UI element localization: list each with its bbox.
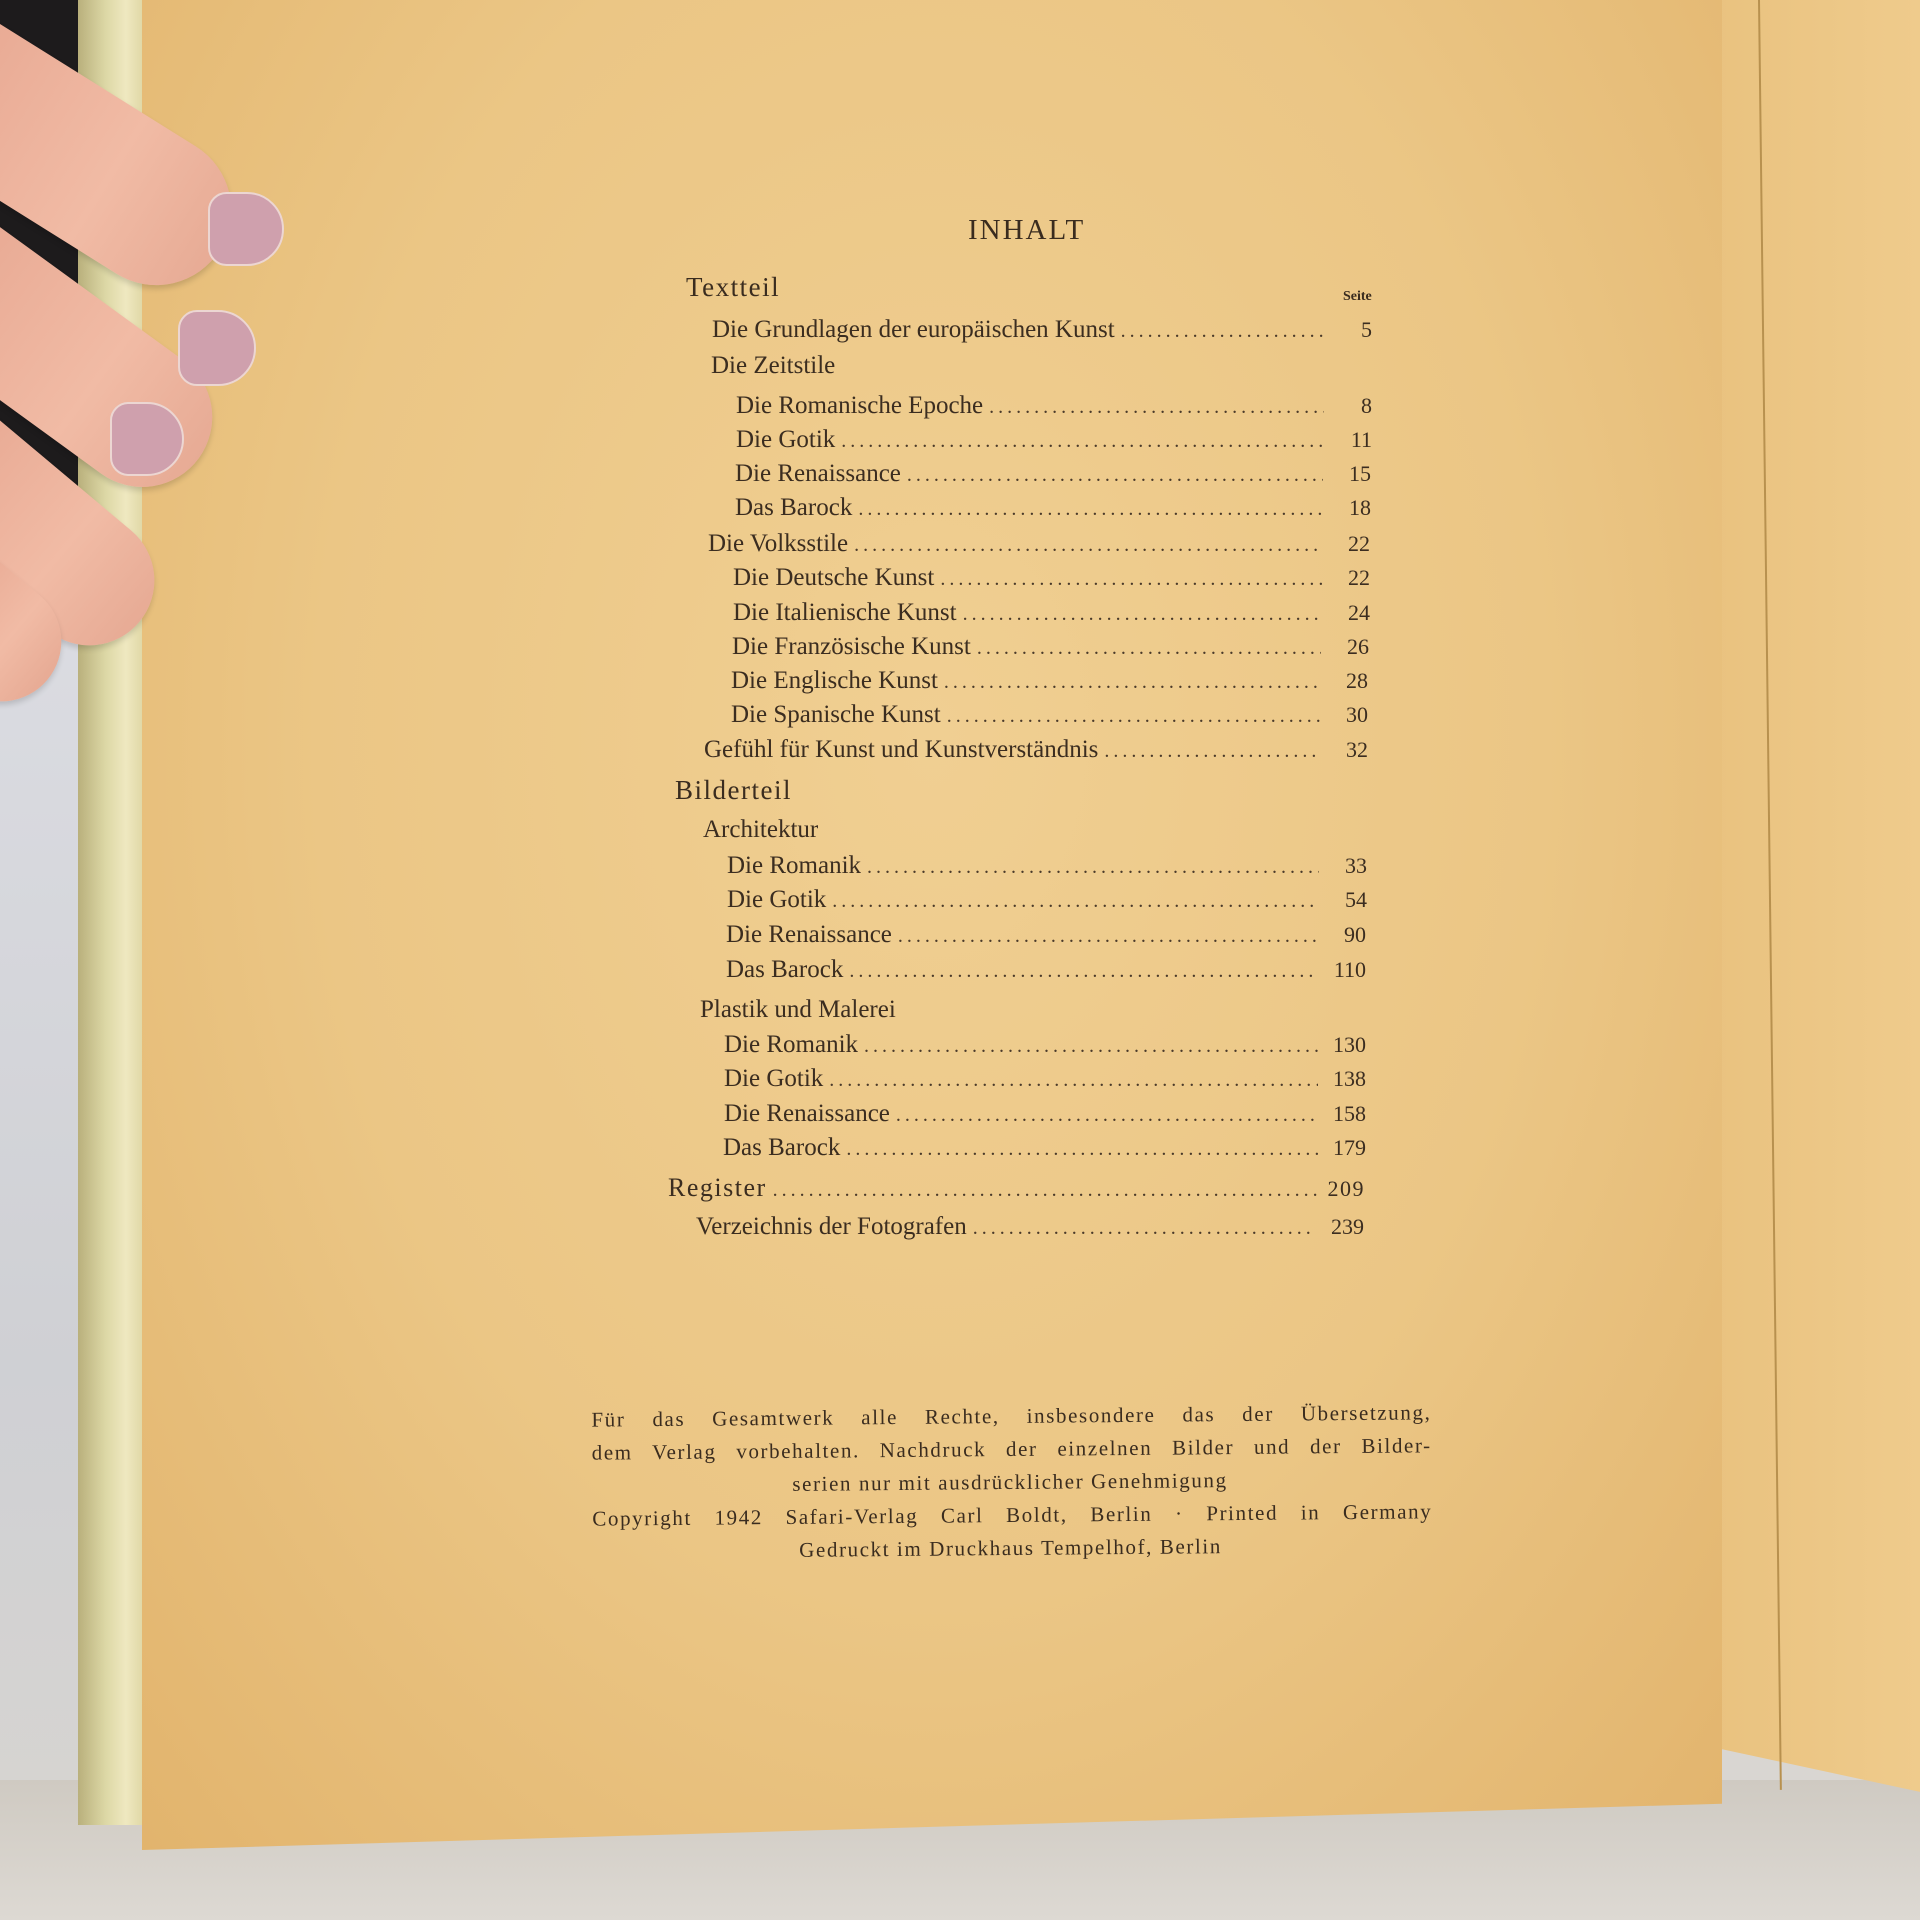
toc-entry[interactable]: Das Barock .............................…: [735, 494, 1371, 522]
dot-leader: ........................................…: [977, 637, 1321, 660]
dot-leader: ........................................…: [1104, 740, 1320, 763]
toc-entry[interactable]: Die Renaissance ........................…: [726, 921, 1366, 949]
toc-entry[interactable]: Das Barock .............................…: [726, 956, 1366, 984]
toc-entry-register[interactable]: Register ...............................…: [668, 1173, 1365, 1203]
toc-entry-label: Die Italienische Kunst: [733, 599, 963, 627]
toc-entry-page: 28: [1320, 668, 1368, 694]
dot-leader: ........................................…: [947, 705, 1320, 728]
toc-entry[interactable]: Die Zeitstile: [711, 352, 1371, 380]
hand: [0, 0, 300, 690]
toc-entry-page: 26: [1321, 634, 1369, 660]
toc-entry-page: 5: [1324, 317, 1372, 343]
dot-leader: ........................................…: [854, 534, 1322, 557]
toc-entry-label: Die Zeitstile: [711, 352, 841, 380]
toc-entry[interactable]: Die Französische Kunst .................…: [732, 633, 1369, 661]
toc-entry[interactable]: Die Spanische Kunst ....................…: [731, 701, 1368, 729]
toc-entry-page: 15: [1323, 461, 1371, 487]
toc-entry-label: Die Französische Kunst: [732, 633, 977, 661]
copyright-imprint: Für das Gesamtwerk alle Rechte, insbeson…: [579, 1396, 1440, 1568]
toc-entry-label: Das Barock: [723, 1134, 846, 1162]
toc-entry-page: 209: [1317, 1176, 1365, 1202]
toc-entry-page: 22: [1322, 531, 1370, 557]
toc-entry-label: Das Barock: [726, 956, 849, 984]
toc-entry-page: 158: [1318, 1101, 1366, 1127]
dot-leader: ........................................…: [858, 498, 1323, 521]
toc-entry-label: Die Romanische Epoche: [736, 392, 989, 420]
dot-leader: ........................................…: [1121, 320, 1324, 343]
toc-entry-label: Register: [668, 1173, 773, 1203]
toc-entry-label: Die Renaissance: [726, 921, 898, 949]
toc-entry[interactable]: Die Englische Kunst ....................…: [731, 667, 1368, 695]
toc-entry[interactable]: Die Romanische Epoche ..................…: [736, 392, 1372, 420]
dot-leader: ........................................…: [896, 1104, 1318, 1127]
fingernail: [110, 402, 184, 476]
toc-entry[interactable]: Die Gotik ..............................…: [736, 426, 1372, 454]
toc-entry-label: Die Gotik: [727, 886, 832, 914]
section-heading-textteil: Textteil: [686, 272, 780, 303]
toc-entry[interactable]: Die Renaissance ........................…: [724, 1100, 1366, 1128]
dot-leader: ........................................…: [898, 925, 1318, 948]
toc-entry-page: 130: [1318, 1032, 1366, 1058]
dot-leader: ........................................…: [867, 856, 1319, 879]
toc-entry-label: Die Grundlagen der europäischen Kunst: [712, 316, 1121, 344]
dot-leader: ........................................…: [963, 603, 1322, 626]
toc-entry-page: 11: [1324, 427, 1372, 453]
dot-leader: ........................................…: [907, 464, 1323, 487]
toc-entry-label: Die Gotik: [724, 1065, 829, 1093]
page-column-label: Seite: [1343, 289, 1372, 305]
toc-entry-page: 179: [1318, 1135, 1366, 1161]
toc-entry-page: 8: [1324, 393, 1372, 419]
toc-entry[interactable]: Das Barock .............................…: [723, 1134, 1366, 1162]
toc-entry[interactable]: Die Italienische Kunst .................…: [733, 599, 1370, 627]
toc-entry[interactable]: Verzeichnis der Fotografen .............…: [696, 1213, 1364, 1241]
toc-entry-label: Die Romanik: [727, 852, 867, 880]
section-heading-bilderteil: Bilderteil: [675, 775, 792, 806]
toc-entry-page: 54: [1319, 887, 1367, 913]
toc-entry-page: 110: [1318, 957, 1366, 983]
toc-entry[interactable]: Die Grundlagen der europäischen Kunst ..…: [712, 316, 1372, 344]
fingernail: [208, 192, 284, 266]
toc-entry-page: 18: [1323, 495, 1371, 521]
toc-entry-label: Gefühl für Kunst und Kunstverständnis: [704, 736, 1104, 764]
toc-entry-label: Das Barock: [735, 494, 858, 522]
toc-entry-page: 22: [1322, 565, 1370, 591]
toc-entry[interactable]: Die Volksstile .........................…: [708, 530, 1370, 558]
dot-leader: ........................................…: [864, 1035, 1318, 1058]
toc-entry-page: 24: [1322, 600, 1370, 626]
toc-entry-label: Die Romanik: [724, 1031, 864, 1059]
toc-entry-page: 30: [1320, 702, 1368, 728]
toc-entry[interactable]: Die Gotik ..............................…: [724, 1065, 1366, 1093]
toc-entry-label: Die Gotik: [736, 426, 841, 454]
toc-entry[interactable]: Die Gotik ..............................…: [727, 886, 1367, 914]
toc-entry-page: 138: [1318, 1066, 1366, 1092]
toc-entry-page: 90: [1318, 922, 1366, 948]
toc-entry-page: 239: [1316, 1214, 1364, 1240]
group-heading-architektur: Architektur: [703, 816, 818, 844]
dot-leader: ........................................…: [841, 430, 1324, 453]
toc-entry-label: Die Renaissance: [735, 460, 907, 488]
group-heading-plastik-und-malerei: Plastik und Malerei: [700, 996, 896, 1024]
toc-entry-page: 33: [1319, 853, 1367, 879]
dot-leader: ........................................…: [773, 1179, 1317, 1202]
toc-entry-label: Die Englische Kunst: [731, 667, 944, 695]
dot-leader: ........................................…: [940, 568, 1322, 591]
toc-entry[interactable]: Die Deutsche Kunst .....................…: [733, 564, 1370, 592]
toc-entry[interactable]: Die Romanik ............................…: [724, 1031, 1366, 1059]
toc-entry-label: Die Spanische Kunst: [731, 701, 947, 729]
toc-entry-label: Die Volksstile: [708, 530, 854, 558]
toc-entry-label: Die Renaissance: [724, 1100, 896, 1128]
dot-leader: ........................................…: [973, 1217, 1316, 1240]
dot-leader: ........................................…: [849, 960, 1318, 983]
page-title: INHALT: [968, 214, 1085, 247]
toc-entry[interactable]: Die Romanik ............................…: [727, 852, 1367, 880]
dot-leader: ........................................…: [989, 396, 1324, 419]
dot-leader: ........................................…: [944, 671, 1320, 694]
toc-entry[interactable]: Die Renaissance ........................…: [735, 460, 1371, 488]
dot-leader: ........................................…: [829, 1069, 1318, 1092]
toc-entry-page: 32: [1320, 737, 1368, 763]
toc-entry-label: Verzeichnis der Fotografen: [696, 1213, 973, 1241]
dot-leader: ........................................…: [832, 890, 1319, 913]
toc-entry[interactable]: Gefühl für Kunst und Kunstverständnis ..…: [704, 736, 1368, 764]
fingernail: [178, 310, 256, 386]
dot-leader: ........................................…: [846, 1138, 1318, 1161]
toc-entry-label: Die Deutsche Kunst: [733, 564, 940, 592]
